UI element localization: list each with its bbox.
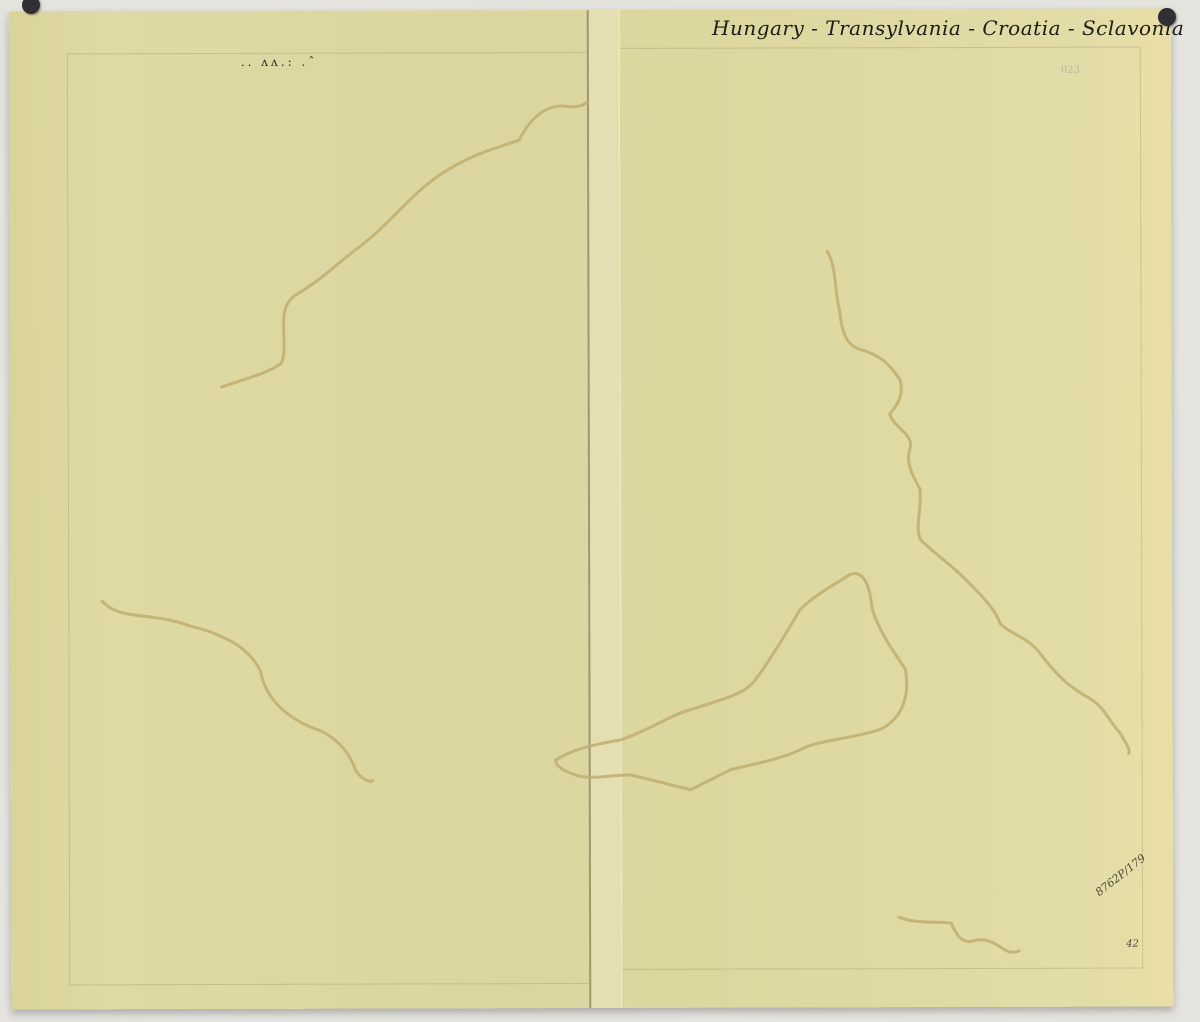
- map-sheet-back: 023 .. ʌʌ.: .ˆ 8762P/179 42: [9, 8, 1174, 1009]
- pin-top-right: [1158, 8, 1176, 26]
- faint-stamp: 023: [1061, 65, 1080, 76]
- show-through-marks: .. ʌʌ.: .ˆ: [241, 55, 318, 69]
- handwritten-title: Hungary - Transylvania - Croatia - Sclav…: [712, 16, 1184, 40]
- show-through-border-lines: [9, 8, 1174, 1009]
- inventory-sub-number: 42: [1126, 939, 1139, 950]
